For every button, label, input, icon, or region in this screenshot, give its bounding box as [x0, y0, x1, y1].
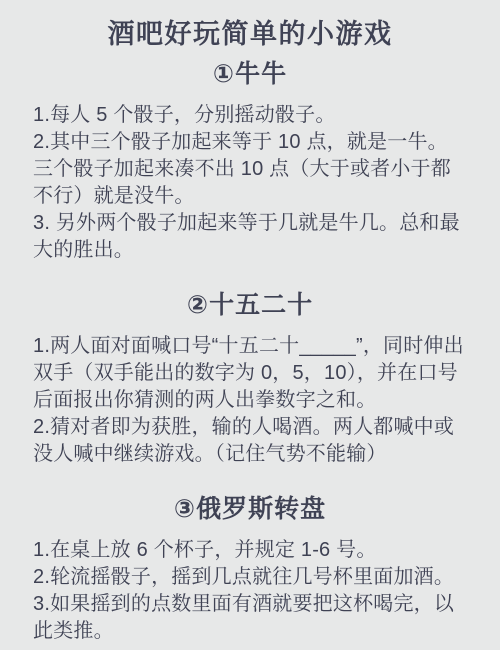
section-fifteen-twenty: ②十五二十 1.两人面对面喊口号“十五二十_____”，同时伸出双手（双手能出的… [33, 289, 467, 468]
section-niuniu-heading: ①牛牛 [33, 58, 467, 90]
section-fifteen-twenty-heading: ②十五二十 [33, 289, 467, 321]
rule-text: 2.猜对者即为获胜，输的人喝酒。两人都喊中或没人喊中继续游戏。（记住气势不能输） [33, 414, 467, 468]
rule-text: 1.在桌上放 6 个杯子，并规定 1-6 号。 [33, 537, 467, 564]
section-russian-roulette-heading: ③俄罗斯转盘 [33, 493, 467, 525]
section-niuniu: ①牛牛 1.每人 5 个骰子，分别摇动骰子。 2.其中三个骰子加起来等于 10 … [33, 58, 467, 264]
rule-text: 3. 另外两个骰子加起来等于几就是牛几。总和最大的胜出。 [33, 210, 467, 264]
page-title: 酒吧好玩简单的小游戏 [33, 14, 467, 54]
rule-text: 2.其中三个骰子加起来等于 10 点，就是一牛。三个骰子加起来凑不出 10 点（… [33, 129, 467, 210]
rule-text: 3.如果摇到的点数里面有酒就要把这杯喝完，以此类推。 [33, 591, 467, 645]
rule-text: 1.两人面对面喊口号“十五二十_____”，同时伸出双手（双手能出的数字为 0，… [33, 333, 467, 414]
section-russian-roulette: ③俄罗斯转盘 1.在桌上放 6 个杯子，并规定 1-6 号。 2.轮流摇骰子，摇… [33, 493, 467, 645]
bar-games-card: 酒吧好玩简单的小游戏 ①牛牛 1.每人 5 个骰子，分别摇动骰子。 2.其中三个… [0, 0, 500, 650]
rule-text: 1.每人 5 个骰子，分别摇动骰子。 [33, 102, 467, 129]
rule-text: 2.轮流摇骰子，摇到几点就往几号杯里面加酒。 [33, 564, 467, 591]
